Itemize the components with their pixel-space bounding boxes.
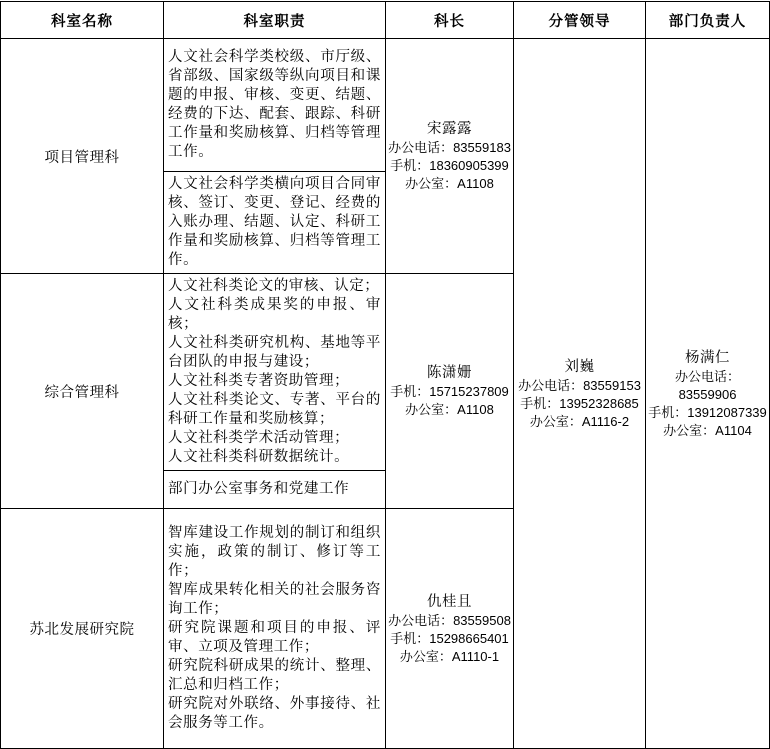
header-section-chief: 科长 [386, 2, 514, 39]
chief-name: 陈潇姗 [387, 363, 512, 383]
duty-cell: 人文社科类论文的审核、认定； 人文社科类成果奖的申报、审核； 人文社科类研究机构… [164, 274, 386, 471]
chief-cell: 仇桂且 办公电话：83559508 手机：15298665401 办公室：A11… [386, 509, 514, 749]
header-dept-head: 部门负责人 [646, 2, 770, 39]
dept-head-office-phone: 办公电话：83559906 [647, 368, 768, 404]
duty-cell: 部门办公室事务和党建工作 [164, 471, 386, 509]
dept-head-office-room: 办公室：A1104 [647, 422, 768, 440]
dept-name-subei-institute: 苏北发展研究院 [1, 509, 164, 749]
header-dept-name: 科室名称 [1, 2, 164, 39]
chief-office-room: 办公室：A1108 [387, 401, 512, 419]
duty-cell: 人文社会科学类校级、市厅级、省部级、国家级等纵向项目和课题的申报、审核、变更、结… [164, 39, 386, 172]
leader-office-phone: 办公电话：83559153 [515, 377, 644, 395]
leader-office-room: 办公室：A1116-2 [515, 413, 644, 431]
dept-head-mobile: 手机：13912087339 [647, 404, 768, 422]
dept-head-cell: 杨满仁 办公电话：83559906 手机：13912087339 办公室：A11… [646, 39, 770, 749]
chief-office-room: 办公室：A1110-1 [387, 648, 512, 666]
dept-name-project-management: 项目管理科 [1, 39, 164, 274]
chief-mobile: 手机：15715237809 [387, 383, 512, 401]
chief-office-phone: 办公电话：83559183 [387, 139, 512, 157]
chief-name: 宋露露 [387, 119, 512, 139]
table-row: 项目管理科 人文社会科学类校级、市厅级、省部级、国家级等纵向项目和课题的申报、审… [1, 39, 770, 172]
leader-name: 刘巍 [515, 357, 644, 377]
chief-mobile: 手机：18360905399 [387, 157, 512, 175]
chief-name: 仇桂且 [387, 592, 512, 612]
duty-cell: 人文社会科学类横向项目合同审核、签订、变更、登记、经费的入账办理、结题、认定、科… [164, 172, 386, 274]
leader-mobile: 手机：13952328685 [515, 395, 644, 413]
duty-cell: 智库建设工作规划的制订和组织实施，政策的制订、修订等工作； 智库成果转化相关的社… [164, 509, 386, 749]
dept-head-name: 杨满仁 [647, 348, 768, 368]
header-leader-in-charge: 分管领导 [514, 2, 646, 39]
header-dept-duty: 科室职责 [164, 2, 386, 39]
page: 科室名称 科室职责 科长 分管领导 部门负责人 项目管理科 人文社会科学类校级、… [0, 0, 770, 746]
chief-office-room: 办公室：A1108 [387, 175, 512, 193]
chief-cell: 陈潇姗 手机：15715237809 办公室：A1108 [386, 274, 514, 509]
chief-cell: 宋露露 办公电话：83559183 手机：18360905399 办公室：A11… [386, 39, 514, 274]
header-row: 科室名称 科室职责 科长 分管领导 部门负责人 [1, 2, 770, 39]
dept-name-general-management: 综合管理科 [1, 274, 164, 509]
department-duty-table: 科室名称 科室职责 科长 分管领导 部门负责人 项目管理科 人文社会科学类校级、… [0, 1, 770, 749]
chief-mobile: 手机：15298665401 [387, 630, 512, 648]
leader-cell: 刘巍 办公电话：83559153 手机：13952328685 办公室：A111… [514, 39, 646, 749]
chief-office-phone: 办公电话：83559508 [387, 612, 512, 630]
